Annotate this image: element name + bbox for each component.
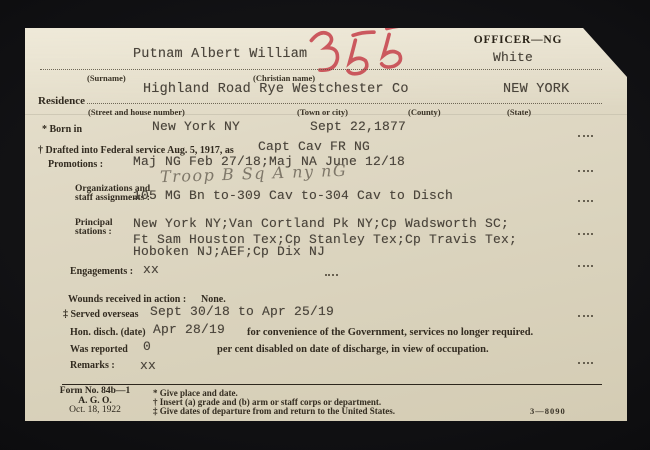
born-place-value: New York NY [152, 119, 240, 134]
dotted-rule-fragment [578, 170, 593, 172]
disabled-percent-value: 0 [143, 339, 151, 354]
form-number-block: Form No. 84b—1 A. G. O. Oct. 18, 1922 [45, 387, 145, 416]
street-label: (Street and house number) [88, 107, 185, 117]
stations-line-3: Hoboken NJ;AEF;Cp Dix NJ [133, 244, 325, 259]
town-label: (Town or city) [297, 107, 348, 117]
discharge-reason-text: for convenience of the Government, servi… [247, 327, 533, 338]
organizations-value: 105 MG Bn to-309 Cav to-304 Cav to Disch [133, 188, 453, 203]
footer-rule [62, 384, 602, 385]
discharge-date-label: Hon. disch. (date) [70, 327, 146, 338]
served-overseas-label: ‡ Served overseas [63, 309, 139, 320]
engagements-label: Engagements : [70, 266, 133, 277]
residence-state-value: NEW YORK [503, 82, 569, 97]
residence-label: Residence [38, 95, 85, 107]
residence-street-value: Highland Road Rye Westchester Co [143, 82, 409, 97]
dotted-rule-fragment [578, 135, 593, 137]
county-label: (County) [408, 107, 441, 117]
dotted-rule-fragment [325, 274, 338, 276]
state-label: (State) [507, 107, 531, 117]
disabled-suffix-text: per cent disabled on date of discharge, … [217, 344, 489, 355]
dotted-rule-fragment [578, 200, 593, 202]
name-rule [40, 69, 602, 70]
drafted-value: Capt Cav FR NG [258, 139, 370, 154]
dotted-rule-fragment [578, 315, 593, 317]
dotted-rule-fragment [578, 265, 593, 267]
print-code: 3—8090 [530, 406, 566, 416]
surname-label: (Surname) [87, 73, 126, 83]
discharge-date-value: Apr 28/19 [153, 322, 225, 337]
residence-rule [87, 103, 602, 104]
promotions-label: Promotions : [48, 159, 103, 170]
dotted-rule-fragment [578, 362, 593, 364]
officer-ng-tag: OFFICER—NG [453, 34, 583, 46]
handwritten-red-number: 355 [299, 22, 420, 82]
engagements-value: xx [143, 262, 159, 277]
born-date-value: Sept 22,1877 [310, 119, 406, 134]
name-value: Putnam Albert William [133, 47, 307, 62]
dotted-rule-fragment [578, 233, 593, 235]
form-date: Oct. 18, 1922 [45, 406, 145, 416]
born-label: * Born in [42, 124, 82, 135]
stations-line-1: New York NY;Van Cortland Pk NY;Cp Wadswo… [133, 216, 509, 231]
remarks-value: xx [140, 358, 156, 373]
service-record-card: OFFICER—NG White Putnam Albert William 3… [25, 28, 627, 421]
red-number-strokes [299, 22, 420, 82]
served-overseas-value: Sept 30/18 to Apr 25/19 [150, 304, 334, 319]
remarks-label: Remarks : [70, 360, 115, 371]
scanned-service-card-photo: { "colors":{ "background":"#0c0c0e", "ca… [0, 0, 650, 450]
race-value: White [493, 50, 533, 65]
footnote-3: ‡ Give dates of departure from and retur… [153, 406, 395, 416]
disabled-label: Was reported [70, 344, 128, 355]
stations-label-line2: stations : [75, 228, 112, 237]
